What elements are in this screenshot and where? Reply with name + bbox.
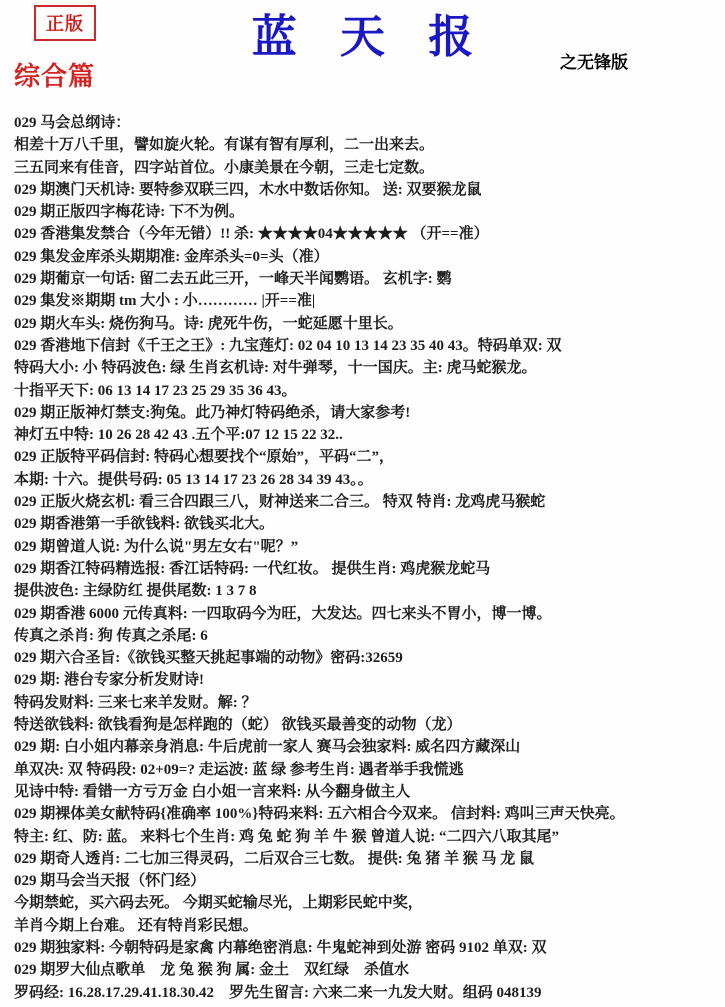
tip-line: 罗码经: 16.28.17.29.41.18.30.42 罗先生留言: 六来二来… — [14, 982, 720, 1004]
tip-line: 029 期香港 6000 元传真料: 一四取码今为旺，大发达。四七来头不胃小，博… — [14, 603, 720, 625]
tip-line: 单双决: 双 特码段: 02+09=? 走运波: 蓝 绿 参考生肖: 遇者举手我… — [14, 759, 720, 781]
tip-line: 029 期独家料: 今朝特码是家禽 内幕绝密消息: 牛鬼蛇神到处游 密码 910… — [14, 937, 720, 959]
tip-line: 029 正版特平码信封: 特码心想要找个“原始”，平码“二”， — [14, 446, 720, 468]
tip-line: 029 期: 白小姐内幕亲身消息: 牛后虎前一家人 赛马会独家料: 威名四方藏深… — [14, 736, 720, 758]
tip-line: 029 期: 港台专家分析发财诗! — [14, 669, 720, 691]
newspaper-page: 正版 蓝 天 报 之无锋版 综合篇 029 马会总纲诗： 相差十万八千里，譬如旋… — [0, 0, 725, 1007]
tip-line: 今期禁蛇，买六码去死。 今期买蛇输尽光，上期彩民蛇中奖， — [14, 892, 720, 914]
edition-label: 之无锋版 — [560, 48, 628, 73]
tip-line: 特主: 红、防: 蓝。 来料七个生肖: 鸡 兔 蛇 狗 羊 牛 猴 曾道人说: … — [14, 826, 720, 848]
tip-line: 029 期正版神灯禁支:狗兔。此乃神灯特码绝杀，请大家参考! — [14, 402, 720, 424]
tip-line: 029 集发金库杀头期期准: 金库杀头=0=头（准） — [14, 246, 720, 268]
tip-line: 029 期火车头: 烧伤狗马。诗: 虎死牛伤，一蛇延愿十里长。 — [14, 313, 720, 335]
tip-line: 十指平天下: 06 13 14 17 23 25 29 35 36 43。 — [14, 380, 720, 402]
tip-line: 本期: 十六。提供号码: 05 13 14 17 23 26 28 34 39 … — [14, 469, 720, 491]
tip-line: 029 期葡京一句话: 留二去五此三开，一峰天半闻鹦语。 玄机字: 鹦 — [14, 268, 720, 290]
tip-line: 029 正版火烧玄机: 看三合四跟三八，财神送来二合三。 特双 特肖: 龙鸡虎马… — [14, 491, 720, 513]
tip-line: 特送欲钱料: 欲钱看狗是怎样跑的（蛇） 欲钱买最善变的动物（龙） — [14, 714, 720, 736]
tip-line: 029 期澳门天机诗: 要特参双联三四，木水中数话你知。 送: 双要猴龙鼠 — [14, 179, 720, 201]
tip-line: 029 期裸体美女献特码{准确率 100%}特码来料: 五六相合今双来。 信封料… — [14, 803, 720, 825]
tip-line: 029 香港集发禁合（今年无错）!! 杀: ★★★★04★★★★★ （开==准） — [14, 223, 720, 245]
tip-line: 羊肖今期上台难。 还有特肖彩民想。 — [14, 915, 720, 937]
tip-line: 029 马会总纲诗： — [14, 112, 720, 134]
tip-line: 029 期正版四字梅花诗: 下不为例。 — [14, 201, 720, 223]
tip-line: 特码发财料: 三来七来羊发财。解: ？ — [14, 692, 720, 714]
tip-line: 传真之杀肖: 狗 传真之杀尾: 6 — [14, 625, 720, 647]
tip-line: 029 期马会当天报（怀门经） — [14, 870, 720, 892]
tip-line: 029 期奇人透肖: 二七加三得灵码，二后双合三七数。 提供: 兔 猪 羊 猴 … — [14, 848, 720, 870]
section-title: 综合篇 — [14, 56, 95, 93]
tip-line: 神灯五中特: 10 26 28 42 43 .五个平:07 12 15 22 3… — [14, 424, 720, 446]
tip-line: 提供波色: 主绿防红 提供尾数: 1 3 7 8 — [14, 580, 720, 602]
tip-line: 029 期罗大仙点歌单 龙 兔 猴 狗 属: 金土 双红绿 杀值水 — [14, 959, 720, 981]
tip-line: 特码大小: 小 特码波色: 绿 生肖玄机诗: 对牛弹琴，十一国庆。主: 虎马蛇猴… — [14, 357, 720, 379]
tip-line: 029 期曾道人说: 为什么说"男左女右"呢？” — [14, 536, 720, 558]
tip-line: 029 集发※期期 tm 大小 : 小………… |开==准| — [14, 290, 720, 312]
tip-line: 见诗中特: 看错一方亏万金 白小姐一言来料: 从今翻身做主人 — [14, 781, 720, 803]
tip-line: 三五同来有佳音，四字站首位。小康美景在今朝，三走七定数。 — [14, 157, 720, 179]
tip-line: 相差十万八千里，譬如旋火轮。有谋有智有厚利，二一出来去。 — [14, 134, 720, 156]
tips-content: 029 马会总纲诗： 相差十万八千里，譬如旋火轮。有谋有智有厚利，二一出来去。 … — [14, 112, 720, 1004]
tip-line: 029 期香港第一手欲钱料: 欲钱买北大。 — [14, 513, 720, 535]
tip-line: 029 期香江特码精选报: 香江话特码: 一代红妆。 提供生肖: 鸡虎猴龙蛇马 — [14, 558, 720, 580]
tip-line: 029 香港地下信封《千王之王》: 九宝莲灯: 02 04 10 13 14 2… — [14, 335, 720, 357]
tip-line: 029 期六合圣旨:《欲钱买整天挑起事端的动物》密码:32659 — [14, 647, 720, 669]
